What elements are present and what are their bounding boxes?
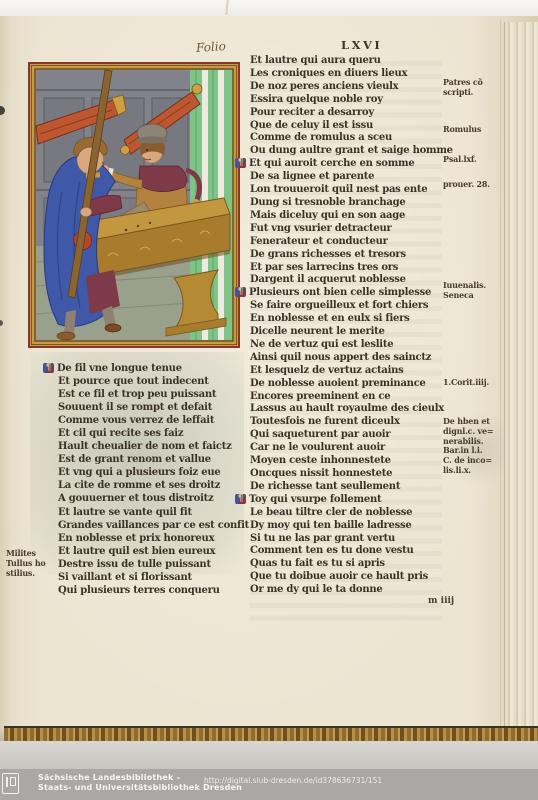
verse-line: Fenerateur et conducteur xyxy=(250,236,452,249)
library-watermark-bar: Sächsische Landesbibliothek – Staats- un… xyxy=(0,769,538,800)
fore-edge-pages xyxy=(504,22,538,736)
verse-line: Destre issu de tulle puissant xyxy=(58,558,254,571)
verse-line: Ne de vertuz qui est leslite xyxy=(250,339,452,352)
verse-line: Comme de romulus a sceu xyxy=(250,132,452,145)
verse-line: Souuent il se rompt et defait xyxy=(58,401,254,414)
verse-line: Et vng qui a plusieurs foiz eue xyxy=(58,466,254,479)
verse-line: ¶De fil vne longue tenue xyxy=(58,362,254,375)
edge-mark xyxy=(0,106,5,115)
verse-line: Ou dung aultre grant et saige homme xyxy=(250,145,452,158)
margin-note: Romulus xyxy=(443,125,481,135)
verse-line: Est ce fil et trop peu puissant xyxy=(58,388,254,401)
digitized-manuscript-scan: Folio LXVI xyxy=(0,0,538,800)
verse-line: De noz peres anciens vieulx xyxy=(250,81,452,94)
margin-note-line: 1.Corit.iiij. xyxy=(443,378,489,388)
margin-note-line: Seneca xyxy=(443,291,486,301)
verse-line: En noblesse et prix honoreux xyxy=(58,532,254,545)
margin-note-line: Milites xyxy=(6,548,66,558)
verse-line: Et cil qui recite ses faiz xyxy=(58,427,254,440)
margin-note-line: Romulus xyxy=(443,125,481,135)
margin-note-line: scripti. xyxy=(443,88,483,98)
illuminated-initial: ¶ xyxy=(235,494,246,504)
page-number-roman: LXVI xyxy=(341,38,382,52)
verse-line: Et par ses larrecins tres ors xyxy=(250,262,452,275)
source-url: http://digital.slub-dresden.de/id3786367… xyxy=(204,776,382,785)
verse-line: Essira quelque noble roy xyxy=(250,94,452,107)
verse-line: Ainsi quil nous appert des sainctz xyxy=(250,352,452,365)
verse-line: Que de celuy il est issu xyxy=(250,120,452,133)
verse-column-right: Et lautre qui aura queruLes croniques en… xyxy=(250,55,452,597)
verse-line: Mais diceluy qui en son aage xyxy=(250,210,452,223)
verse-line: Dy moy qui ten baille ladresse xyxy=(250,520,452,533)
margin-note-line: Tullus ho xyxy=(6,558,66,568)
verse-line: Les croniques en diuers lieux xyxy=(250,68,452,81)
verse-line: La cite de romme et ses droitz xyxy=(58,479,254,492)
verse-line: Comme vous verrez de leffait xyxy=(58,414,254,427)
verse-line: Et pource que tout indecent xyxy=(58,375,254,388)
verse-line: Que tu doibue auoir ce hault pris xyxy=(250,571,452,584)
verse-line: Quas tu fait es tu si apris xyxy=(250,558,452,571)
verse-line: Pour reciter a desarroy xyxy=(250,107,452,120)
illuminated-initial: ¶ xyxy=(43,363,54,373)
verse-line: Se faire orgueilleux et fort chiers xyxy=(250,300,452,313)
folio-label: Folio xyxy=(196,39,227,55)
verse-line: Lon trouueroit quil nest pas ente xyxy=(250,184,452,197)
margin-note-line: stilius. xyxy=(6,568,66,578)
verse-line: De grans richesses et tresors xyxy=(250,249,452,262)
verse-line: Car ne le voulurent auoir xyxy=(250,442,452,455)
page-crease xyxy=(500,20,501,738)
verse-line: Dicelle neurent le merite xyxy=(250,326,452,339)
quire-signature: m iiij xyxy=(428,596,454,606)
slub-logo-icon xyxy=(2,773,19,794)
verse-line: ¶Toy qui vsurpe follement xyxy=(250,494,452,507)
verse-line: Dargent il acquerut noblesse xyxy=(250,274,452,287)
margin-note: Psal.lxf. xyxy=(443,155,476,165)
book-page: Folio LXVI xyxy=(0,16,538,742)
scan-background-bottom xyxy=(0,741,538,769)
verse-line: Si vaillant et si florissant xyxy=(58,571,254,584)
verse-line: Si tu ne las par grant vertu xyxy=(250,533,452,546)
verse-line: De richesse tant seullement xyxy=(250,481,452,494)
miniature-scene xyxy=(28,62,240,348)
margin-note-left: MilitesTullus hostilius. xyxy=(6,548,66,579)
verse-line: Grandes vaillances par ce est confit xyxy=(58,519,254,532)
verse-line: Et lesquelz de vertuz actains xyxy=(250,365,452,378)
verse-line: ¶Plusieurs ont bien celle simplesse xyxy=(250,287,452,300)
margin-note: Patres cõscripti. xyxy=(443,78,483,98)
verse-line: Encores preeminent en ce xyxy=(250,391,452,404)
scan-background-top xyxy=(0,0,538,16)
verse-line: Et lautre se vante quil fit xyxy=(58,506,254,519)
verse-line: Hault cheualier de nom et faictz xyxy=(58,440,254,453)
verse-line: De sa lignee et parente xyxy=(250,171,452,184)
verse-line: Moyen ceste inhonnestete xyxy=(250,455,452,468)
verse-line: Le beau tiltre cler de noblesse xyxy=(250,507,452,520)
verse-line: Oncques nissit honnestete xyxy=(250,468,452,481)
verse-line: Qui saqueturent par auoir xyxy=(250,429,452,442)
margin-note: De hben etdignl.c. ve=nerabilis.Bar.in l… xyxy=(443,417,493,476)
margin-note: 1.Corit.iiij. xyxy=(443,378,489,388)
margin-note: Iuuenalis.Seneca xyxy=(443,281,486,301)
verse-column-left: ¶De fil vne longue tenueEt pource que to… xyxy=(58,362,254,597)
verse-line: Et lautre qui aura queru xyxy=(250,55,452,68)
verse-line: Dung si tresnoble branchage xyxy=(250,197,452,210)
edge-mark xyxy=(0,320,3,326)
verse-line: Lassus au hault royaulme des cieulx xyxy=(250,403,452,416)
verse-line: Toutesfois ne furent diceulx xyxy=(250,416,452,429)
verse-line: Or me dy qui le ta donne xyxy=(250,584,452,597)
margin-note: prouer. 28. xyxy=(443,180,490,190)
verse-line: Fut vng vsurier detracteur xyxy=(250,223,452,236)
verse-line: Est de grant renom et vallue xyxy=(58,453,254,466)
verse-line: En noblesse et en eulx si fiers xyxy=(250,313,452,326)
margin-note-line: Psal.lxf. xyxy=(443,155,476,165)
margin-note-line: prouer. 28. xyxy=(443,180,490,190)
verse-line: A gouuerner et tous distroitz xyxy=(58,492,254,505)
verse-line: Et lautre quil est bien eureux xyxy=(58,545,254,558)
miniature-illustration xyxy=(28,62,240,348)
illuminated-initial: ¶ xyxy=(235,158,246,168)
illuminated-initial: ¶ xyxy=(235,287,246,297)
verse-line: Comment ten es tu done vestu xyxy=(250,545,452,558)
margin-note-line: lis.li.x. xyxy=(443,466,493,476)
verse-line: De noblesse auoient preminance xyxy=(250,378,452,391)
verse-line: ¶Et qui auroit cerche en somme xyxy=(250,158,452,171)
verse-line: Qui plusieurs terres conqueru xyxy=(58,584,254,597)
